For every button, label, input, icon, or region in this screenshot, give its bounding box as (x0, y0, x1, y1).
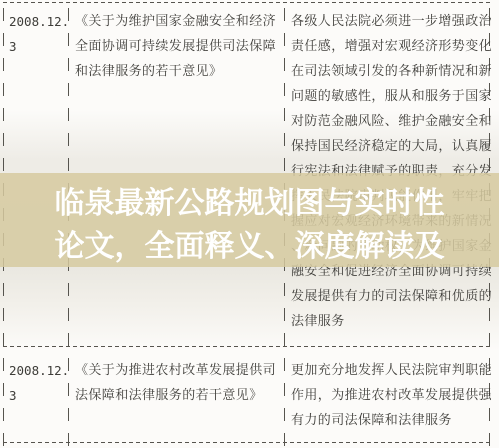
headline-line-1: 临泉最新公路规划图与实时性 (0, 182, 499, 225)
date-line: 2008.12. (9, 9, 67, 34)
date-line: 3 (9, 383, 67, 408)
row1-title-cell: 《关于为维护国家金融安全和经济 全面协调可持续发展提供司法保障 和法律服务的若干… (75, 9, 281, 84)
row2-title-cell: 《关于为推进农村改革发展提供司 法保障和法律服务的若干意见》 (75, 358, 281, 408)
table-border-bottom (3, 442, 490, 443)
article-page: 2008.12. 3 《关于为维护国家金融安全和经济 全面协调可持续发展提供司法… (0, 0, 499, 448)
title-line: 《关于为推进农村改革发展提供司 (75, 358, 281, 383)
title-line: 《关于为维护国家金融安全和经济 (75, 9, 281, 34)
date-line: 2008.12. (9, 358, 67, 383)
content-line: 各级人民法院必须进一步增强政治 (291, 9, 491, 34)
row1-content-cell: 各级人民法院必须进一步增强政治 责任感，增强对宏观经济形势变化 在司法领域引发的… (291, 9, 491, 334)
headline-line-2: 论文，全面释义、深度解读及 (0, 225, 499, 268)
table-border-top (3, 2, 490, 3)
content-line: 保持国民经济稳定的大局，认真履 (291, 134, 491, 159)
row2-content-cell: 更加充分地发挥人民法院审判职能 作用，为推进农村改革发展提供强 有力的司法保障和… (291, 358, 491, 433)
content-line: 法律服务 (291, 309, 491, 334)
content-line: 有力的司法保障和法律服务 (291, 408, 491, 433)
date-line: 3 (9, 34, 67, 59)
content-line: 作用，为推进农村改革发展提供强 (291, 383, 491, 408)
table-row-separator (3, 346, 490, 347)
content-line: 责任感，增强对宏观经济形势变化 (291, 34, 491, 59)
row2-date-cell: 2008.12. 3 (9, 358, 67, 408)
title-line: 和法律服务的若干意见》 (75, 59, 281, 84)
title-line: 法保障和法律服务的若干意见》 (75, 383, 281, 408)
content-line: 在司法领域引发的各种新情况和新 (291, 59, 491, 84)
content-line: 问题的敏感性，服从和服务于国家 (291, 84, 491, 109)
content-line: 发展提供有力的司法保障和优质的 (291, 284, 491, 309)
content-line: 对防范金融风险、维护金融安全和 (291, 109, 491, 134)
row1-date-cell: 2008.12. 3 (9, 9, 67, 59)
content-line: 更加充分地发挥人民法院审判职能 (291, 358, 491, 383)
title-line: 全面协调可持续发展提供司法保障 (75, 34, 281, 59)
headline-overlay-band: 临泉最新公路规划图与实时性 论文，全面释义、深度解读及 (0, 173, 499, 267)
